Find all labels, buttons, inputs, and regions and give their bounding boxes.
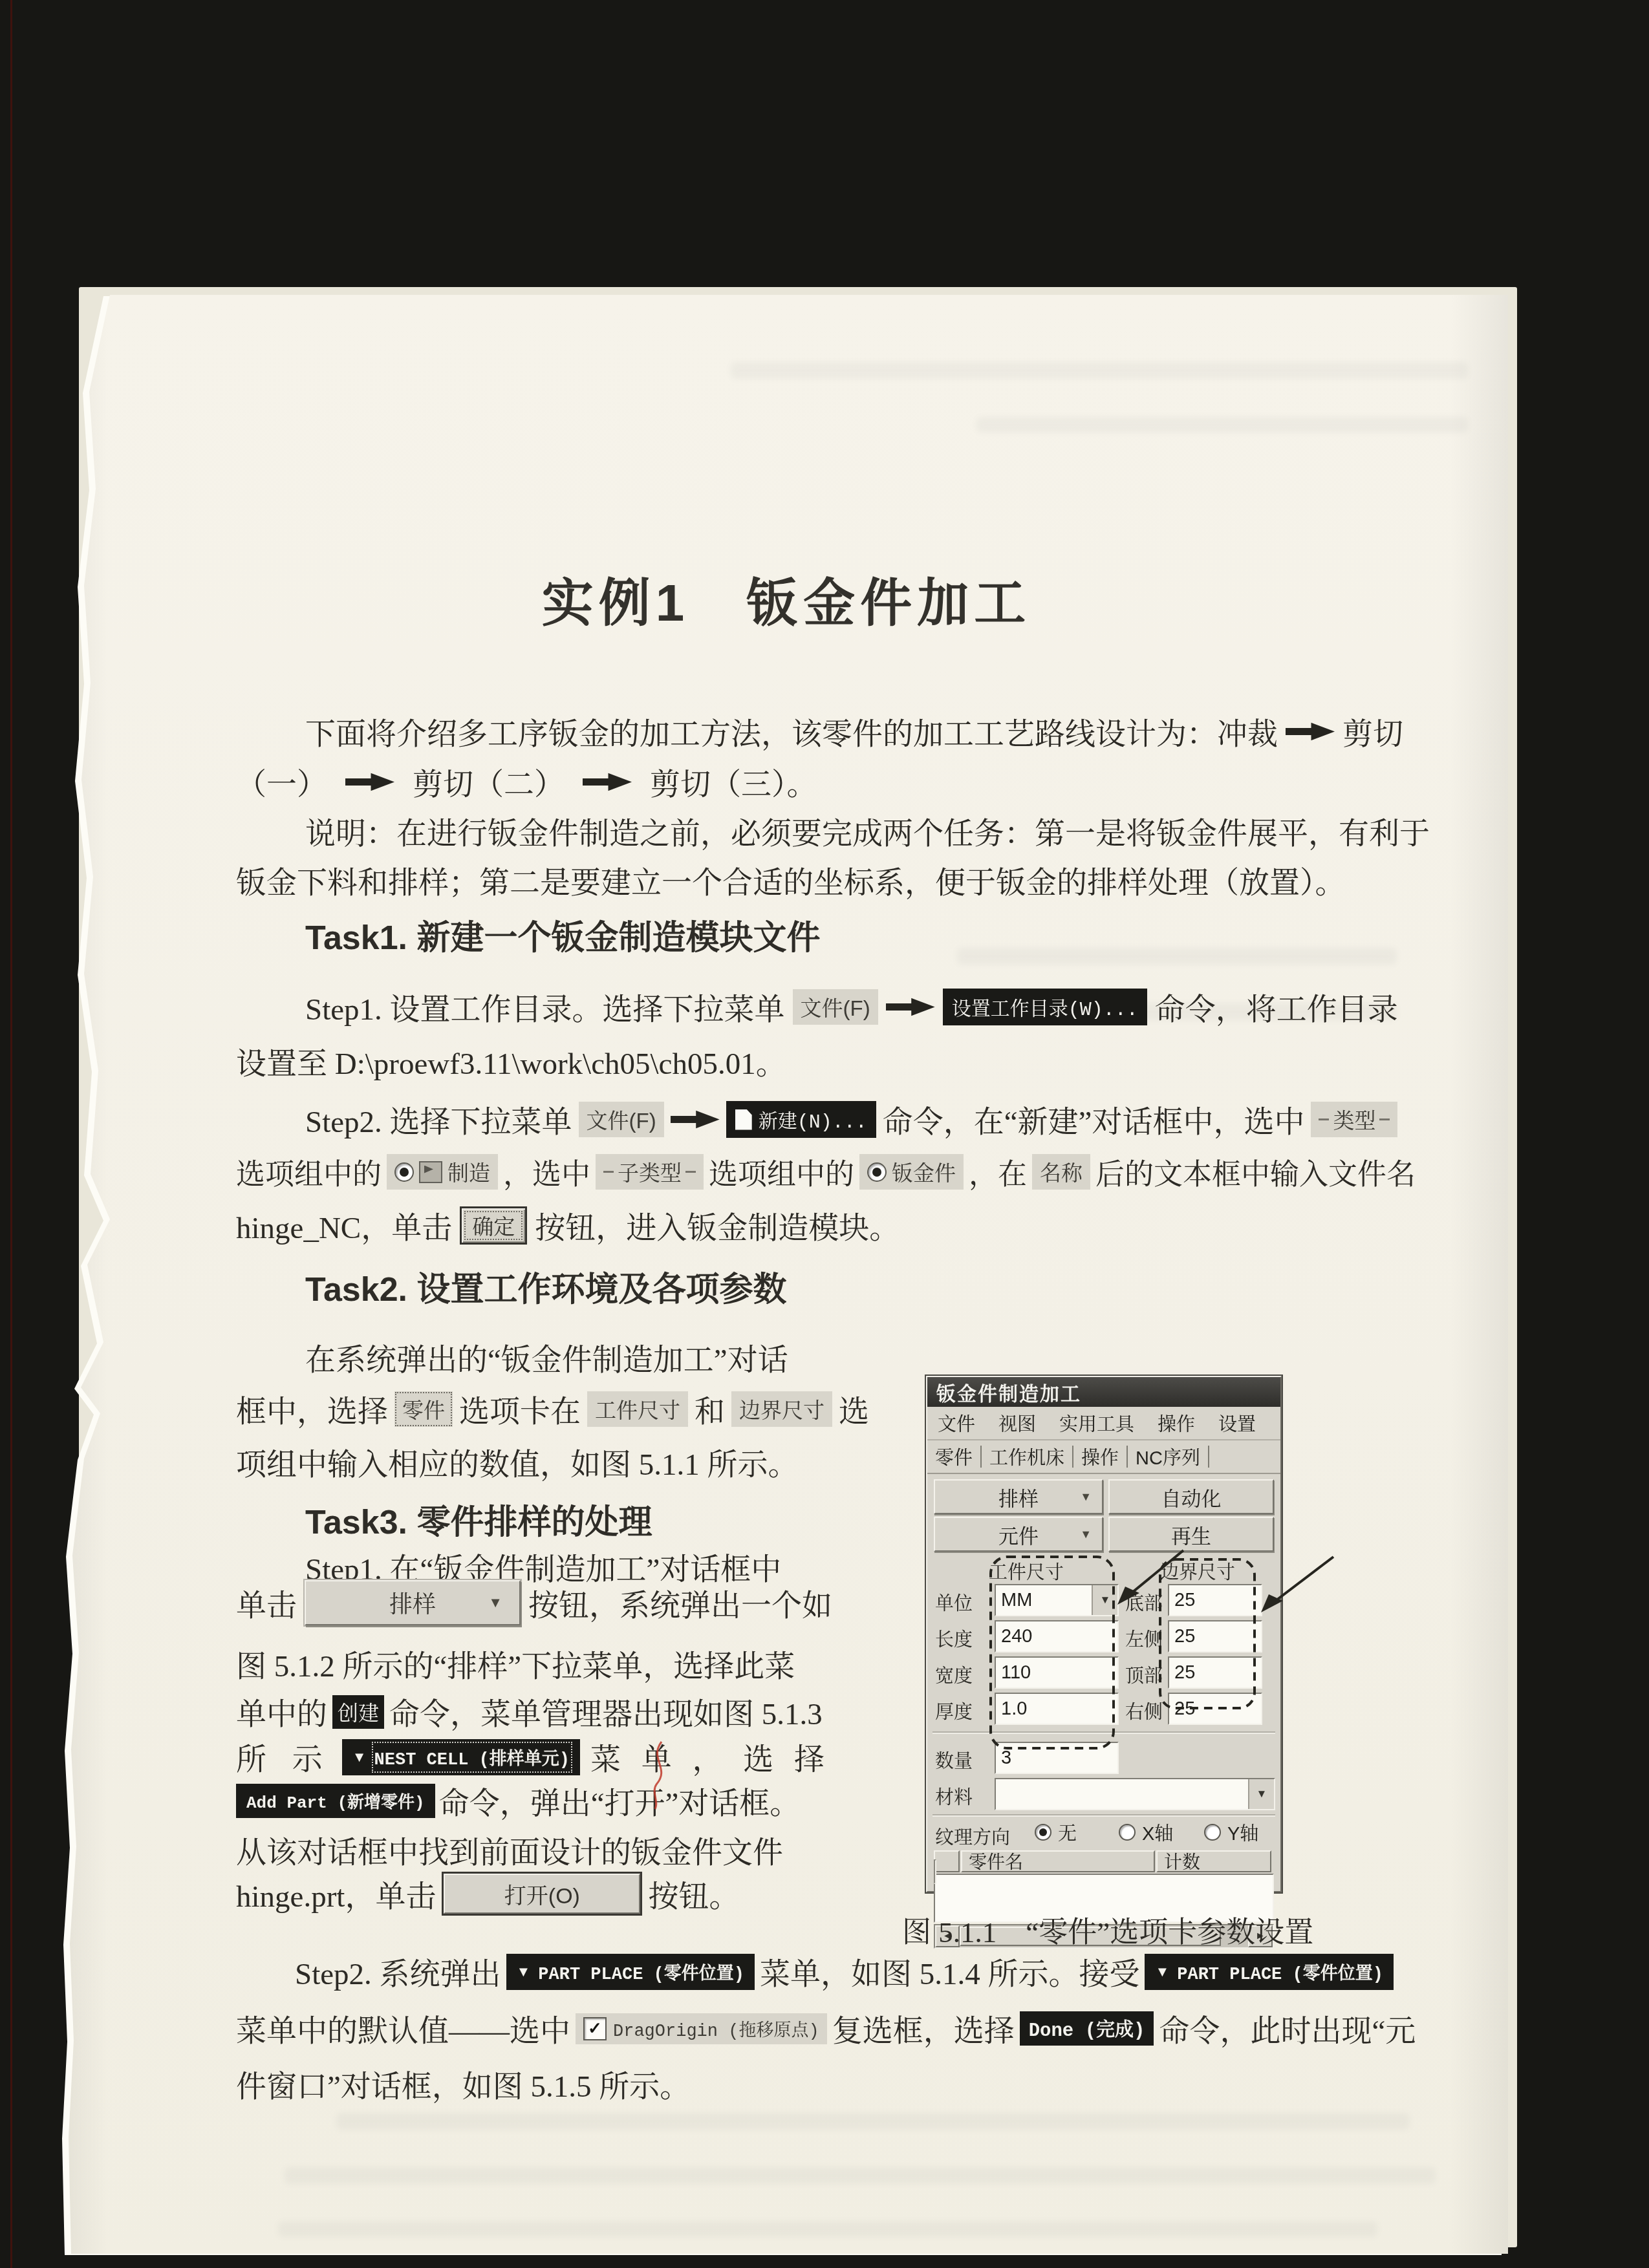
dialog-menubar: 文件 视图 实用工具 操作 设置 xyxy=(927,1407,1280,1440)
width-label: 宽度 xyxy=(935,1662,973,1688)
done-menu-chip: Done (完成) xyxy=(1020,2011,1154,2046)
body-text: 剪切（二） xyxy=(413,760,565,804)
sheetmetal-radio-chip: 钣金件 xyxy=(859,1154,964,1190)
body-text: 剪切（三）。 xyxy=(650,760,817,804)
length-field: 240 xyxy=(995,1620,1119,1653)
figure-dialog-sheetmetal-manufacturing: 钣金件制造加工 文件 视图 实用工具 操作 设置 零件 工作机床 操作 NC序列… xyxy=(926,1376,1282,1892)
menu-view: 视图 xyxy=(998,1410,1036,1437)
quantity-field: 3 xyxy=(995,1742,1119,1774)
grain-radio-x-axis: X轴 xyxy=(1119,1819,1173,1845)
task1-heading: Task1. 新建一个钣金制造模块文件 xyxy=(305,910,820,959)
top-label: 顶部 xyxy=(1125,1662,1163,1688)
material-combobox: ▼ xyxy=(995,1778,1275,1810)
left-field: 25 xyxy=(1168,1620,1262,1653)
body-text: 命令，弹出“打开”对话框。 xyxy=(439,1779,801,1823)
dialog-component-button: 元件▼ xyxy=(934,1517,1103,1552)
file-menu-chip: 文件(F) xyxy=(579,1102,664,1137)
table-header-blank xyxy=(934,1850,960,1872)
note-text: 说明：在进行钣金件制造之前，必须要完成两个任务：第一是将钣金件展平，有利于 xyxy=(305,809,1430,853)
boundary-size-group-label: 边界尺寸 xyxy=(1160,1558,1235,1585)
body-text: 选项组中的 xyxy=(236,1151,382,1193)
add-part-menu-chip: Add Part (新增零件) xyxy=(236,1784,435,1818)
dropdown-arrow-icon: ▼ xyxy=(1080,1528,1092,1541)
body-text: 命令，此时出现“元 xyxy=(1159,2007,1416,2050)
flow-arrow-icon xyxy=(1286,722,1335,742)
workpiece-size-label-chip: 工件尺寸 xyxy=(587,1391,688,1427)
menu-file: 文件 xyxy=(938,1410,975,1437)
body-text: 在系统弹出的“钣金件制造加工”对话 xyxy=(305,1336,788,1379)
grain-radio-none: 无 xyxy=(1035,1819,1077,1845)
body-text: 命令，菜单管理器出现如图 5.1.3 xyxy=(389,1690,823,1733)
dialog-tabs: 零件 工作机床 操作 NC序列 xyxy=(927,1440,1280,1474)
tab-part: 零件 xyxy=(935,1444,973,1470)
set-working-directory-menu-chip: 设置工作目录(W)... xyxy=(943,989,1147,1025)
part-tab-chip: 零件 xyxy=(394,1391,453,1427)
task2-heading: Task2. 设置工作环境及各项参数 xyxy=(305,1262,786,1311)
body-text: 选项卡在 xyxy=(459,1387,581,1431)
body-text: 菜单，如图 5.1.4 所示。接受 xyxy=(760,1950,1140,1993)
body-text: 单击 xyxy=(236,1581,297,1625)
tab-separator xyxy=(1126,1446,1128,1468)
dialog-titlebar: 钣金件制造加工 xyxy=(927,1377,1280,1407)
bottom-label: 底部 xyxy=(1125,1589,1163,1616)
thickness-label: 厚度 xyxy=(935,1698,973,1724)
body-text: 按钮。 xyxy=(648,1872,739,1916)
body-text: 单中的 xyxy=(236,1690,327,1733)
separator xyxy=(932,1814,1275,1815)
dialog-automation-button: 自动化 xyxy=(1108,1479,1274,1514)
radio-selected-icon xyxy=(867,1162,887,1182)
body-text: hinge.prt，单击 xyxy=(236,1872,436,1916)
body-text: ，选中 xyxy=(503,1151,590,1193)
task3-heading: Task3. 零件排样的处理 xyxy=(305,1495,652,1543)
bleed-through-mark xyxy=(957,948,1397,965)
combo-arrow-icon: ▼ xyxy=(1248,1779,1274,1809)
bottom-field: 25 xyxy=(1168,1584,1262,1616)
bleed-through-mark xyxy=(278,2221,1377,2237)
body-text: Step2. 系统弹出 xyxy=(295,1950,501,1993)
body-text: 按钮，进入钣金制造模块。 xyxy=(535,1204,900,1247)
name-label-chip: 名称 xyxy=(1032,1154,1090,1190)
flow-arrow-icon xyxy=(345,773,394,792)
part-place-menu-chip: ▼PART PLACE (零件位置) xyxy=(1145,1954,1393,1990)
subtype-group-label-chip: 子类型 xyxy=(596,1154,704,1190)
menu-down-arrow-icon: ▼ xyxy=(352,1749,367,1766)
body-text: 图 5.1.2 所示的“排样”下拉菜单，选择此菜 xyxy=(236,1642,795,1685)
unit-label: 单位 xyxy=(935,1589,973,1616)
body-text: Step2. 选择下拉菜单 xyxy=(305,1098,572,1141)
material-label: 材料 xyxy=(935,1783,973,1810)
body-text: 选项组中的 xyxy=(709,1151,854,1193)
nest-cell-menu-chip: ▼NEST CELL (排样单元) xyxy=(342,1739,580,1775)
body-text: 项组中输入相应的数值，如图 5.1.1 所示。 xyxy=(236,1440,799,1484)
ok-button-chip: 确定 xyxy=(460,1206,527,1245)
grain-direction-label: 纹理方向 xyxy=(935,1823,1010,1850)
body-text: 和 xyxy=(695,1387,725,1431)
separator xyxy=(932,1731,1275,1733)
manufacturing-icon xyxy=(419,1161,442,1183)
body-text: 下面将介绍多工序钣金的加工方法，该零件的加工工艺路线设计为：冲裁 xyxy=(305,710,1278,753)
open-button-chip: 打开(O) xyxy=(444,1874,640,1914)
body-text: 剪切 xyxy=(1342,710,1403,753)
body-text: 选 xyxy=(839,1387,869,1431)
body-text: 命令，在“新建”对话框中，选中 xyxy=(883,1098,1305,1141)
dialog-regenerate-button: 再生 xyxy=(1108,1517,1274,1552)
tab-separator xyxy=(1072,1446,1073,1468)
workpiece-size-group-label: 工件尺寸 xyxy=(989,1558,1064,1585)
body-text: 命令，将工作目录 xyxy=(1155,985,1398,1029)
body-text: 设置至 D:\proewf3.11\work\ch05\ch05.01。 xyxy=(236,1040,786,1083)
flow-arrow-icon xyxy=(886,998,935,1017)
tab-work-machine: 工作机床 xyxy=(989,1444,1064,1470)
radio-selected-icon xyxy=(1035,1824,1051,1841)
quantity-label: 数量 xyxy=(935,1747,973,1773)
menu-down-arrow-icon: ▼ xyxy=(517,1963,531,1980)
thickness-field: 1.0 xyxy=(995,1693,1119,1725)
combo-arrow-icon: ▼ xyxy=(1092,1585,1117,1615)
radio-icon xyxy=(1204,1824,1221,1841)
tab-operation: 操作 xyxy=(1081,1444,1119,1470)
boundary-size-label-chip: 边界尺寸 xyxy=(731,1391,832,1427)
create-menu-chip: 创建 xyxy=(332,1695,384,1729)
bleed-through-mark xyxy=(976,417,1468,433)
scanned-book-page: { "icons": { "down": "▼", "check": "✓", … xyxy=(0,0,1649,2268)
body-text: 从该对话框中找到前面设计的钣金件文件 xyxy=(236,1828,783,1872)
dropdown-arrow-icon: ▼ xyxy=(488,1594,502,1611)
body-text: hinge_NC，单击 xyxy=(236,1204,452,1247)
note-text: 钣金下料和排样；第二是要建立一个合适的坐标系，便于钣金的排样处理（放置）。 xyxy=(236,859,1346,902)
bleed-through-mark xyxy=(336,2113,1410,2130)
bleed-through-mark xyxy=(285,2167,1436,2184)
radio-icon xyxy=(1119,1824,1136,1841)
flow-arrow-icon xyxy=(583,773,632,792)
tab-separator xyxy=(980,1446,982,1468)
page-title: 实例1 钣金件加工 xyxy=(65,561,1508,636)
manufacturing-radio-chip: 制造 xyxy=(387,1154,498,1190)
left-label: 左侧 xyxy=(1125,1625,1163,1652)
dialog-nest-button: 排样▼ xyxy=(934,1479,1103,1514)
bleed-through-mark xyxy=(731,362,1468,379)
menu-down-arrow-icon: ▼ xyxy=(1155,1963,1169,1980)
table-header-part-name: 零件名 xyxy=(961,1850,1155,1872)
body-text: 复选框，选择 xyxy=(832,2007,1015,2050)
body-text: 所 示 xyxy=(236,1735,332,1779)
menu-settings: 设置 xyxy=(1218,1410,1256,1437)
unit-combobox: MM▼ xyxy=(995,1584,1119,1616)
figure-caption: 图 5.1.1 “零件”选项卡参数设置 xyxy=(902,1909,1303,1951)
body-text: 件窗口”对话框，如图 5.1.5 所示。 xyxy=(236,2062,690,2106)
tab-nc-sequence: NC序列 xyxy=(1136,1444,1200,1470)
file-menu-chip: 文件(F) xyxy=(793,989,878,1025)
table-header-count: 计数 xyxy=(1156,1850,1271,1872)
top-field: 25 xyxy=(1168,1656,1262,1689)
new-file-icon xyxy=(735,1109,752,1130)
body-text: 框中，选择 xyxy=(236,1387,388,1431)
radio-selected-icon xyxy=(394,1162,414,1182)
flow-arrow-icon xyxy=(671,1110,720,1129)
right-field: 25 xyxy=(1168,1693,1262,1725)
grain-radio-y-axis: Y轴 xyxy=(1204,1819,1258,1845)
new-menu-chip: 新建(N)... xyxy=(726,1101,876,1138)
menu-utilities: 实用工具 xyxy=(1059,1410,1134,1437)
body-text: 后的文本框中输入文件名 xyxy=(1095,1151,1416,1193)
width-field: 110 xyxy=(995,1656,1119,1689)
drag-origin-checkbox-chip: ✓DragOrigin (拖移原点) xyxy=(576,2013,827,2044)
checkbox-checked-icon: ✓ xyxy=(583,2017,607,2040)
dropdown-arrow-icon: ▼ xyxy=(1080,1490,1092,1504)
length-label: 长度 xyxy=(935,1625,973,1652)
tab-separator xyxy=(1208,1446,1209,1468)
body-text: 菜 单 ， 选 择 xyxy=(590,1735,831,1779)
body-text: Step1. 设置工作目录。选择下拉菜单 xyxy=(305,985,785,1029)
body-text: 按钮，系统弹出一个如 xyxy=(528,1581,832,1625)
part-place-menu-chip: ▼PART PLACE (零件位置) xyxy=(506,1954,755,1990)
 xyxy=(934,1859,936,1884)
nest-dropdown-button-chip: 排样▼ xyxy=(305,1580,521,1625)
right-label: 右侧 xyxy=(1125,1698,1163,1724)
body-text: （一） xyxy=(236,760,327,804)
menu-operation: 操作 xyxy=(1158,1410,1195,1437)
type-group-label-chip: 类型 xyxy=(1311,1102,1397,1137)
body-text: 菜单中的默认值——选中 xyxy=(236,2007,570,2050)
body-text: ，在 xyxy=(969,1151,1027,1193)
